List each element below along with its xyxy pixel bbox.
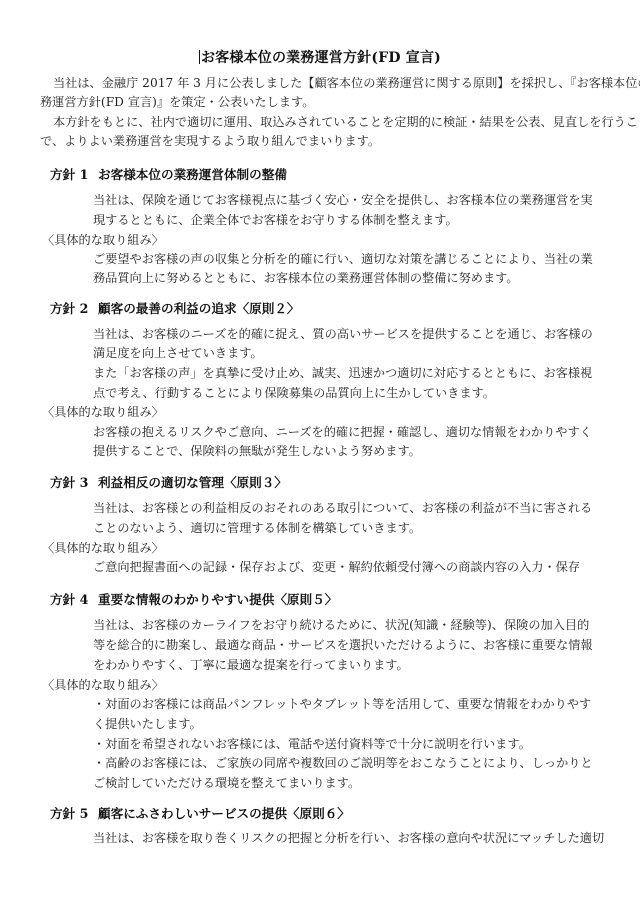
policy-title: 顧客にふさわしいサービスの提供〈原則６〉 [98,806,350,821]
policy-body-line: 当社は、お客様との利益相反のおそれのある取引について、お客様の利益が不当に害され… [93,500,592,516]
policy-2-heading: 方針 2顧客の最善の利益の追求〈原則２〉 [50,298,300,317]
policy-body-line: 等を総合的に勘案し、最適な商品・サービスを選択いただけるように、お客様に重要な情… [93,637,593,653]
text-cursor [199,50,200,64]
policy-title: 利益相反の適切な管理〈原則３〉 [98,475,287,490]
policy-3-heading: 方針 3利益相反の適切な管理〈原則３〉 [50,472,287,491]
policy-body-line: 現するとともに、企業全体でお客様をお守りする体制を整えます。 [93,212,458,228]
policy-number: 方針 5 [50,803,98,822]
policy-body-line: また「お客様の声」を真摯に受け止め、誠実、迅速かつ適切に対応するとともに、お客様… [93,365,592,381]
action-line: く提供いたします。 [93,716,202,732]
policy-body-line: 満足度を向上させていきます。 [93,345,263,361]
action-line: お客様の抱えるリスクやご意向、ニーズを的確に把握・確認し、適切な情報をわかりやす… [93,424,592,440]
policy-number: 方針 3 [50,472,98,491]
policy-title: お客様本位の業務運営体制の整備 [98,167,287,182]
actions-label: 〈具体的な取り組み〉 [42,540,164,556]
policy-4-heading: 方針 4重要な情報のわかりやすい提供〈原則５〉 [50,589,337,608]
action-line: 提供することで、保険料の無駄が発生しないよう努めます。 [93,443,421,459]
document-title: お客様本位の業務運営方針(FD 宣言) [0,47,640,67]
document-title-text: お客様本位の業務運営方針(FD 宣言) [201,50,441,66]
action-line: ご意向把握書面への記録・保存および、変更・解約依頼受付簿への商談内容の入力・保存 [93,559,580,575]
action-line: ・対面のお客様には商品パンフレットやタブレット等を活用して、重要な情報をわかりや… [93,696,591,712]
policy-number: 方針 1 [50,164,98,183]
policy-body-line: 点で考え、行動することにより保険募集の品質向上に生かしていきます。 [93,385,495,401]
policy-body-line: 当社は、お客様のニーズを的確に捉え、質の高いサービスを提供することを通じ、お客様… [93,326,593,342]
action-line: 務品質向上に努めるとともに、お客様本位の業務運営体制の整備に努めます。 [93,270,519,286]
policy-body-line: ことのないよう、適切に管理する体制を構築していきます。 [93,520,421,536]
policy-number: 方針 4 [50,589,98,608]
policy-number: 方針 2 [50,298,98,317]
policy-1-heading: 方針 1お客様本位の業務運営体制の整備 [50,164,287,183]
actions-label: 〈具体的な取り組み〉 [42,232,164,248]
intro-line: 本方針をもとに、社内で適切に運用、取込みされていることを定期的に検証・結果を公表… [53,114,640,130]
policy-body-line: 当社は、お客様のカーライフをお守り続けるために、状況(知識・経験等)、保険の加入… [93,617,589,633]
intro-line: 務運営方針(FD 宣言)』を策定・公表いたします。 [40,94,314,110]
actions-label: 〈具体的な取り組み〉 [42,677,164,693]
actions-label: 〈具体的な取り組み〉 [42,404,164,420]
document-page: お客様本位の業務運営方針(FD 宣言) 当社は、金融庁 2017 年 3 月に公… [0,0,640,903]
policy-body-line: 当社は、保険を通じてお客様視点に基づく安心・安全を提供し、お客様本位の業務運営を… [93,192,593,208]
action-line: ・対面を希望されないお客様には、電話や送付資料等で十分に説明を行います。 [93,736,531,752]
intro-line: 当社は、金融庁 2017 年 3 月に公表しました【顧客本位の業務運営に関する原… [53,75,640,91]
action-line: ・高齢のお客様には、ご家族の同席や複数回のご説明等をおこなうことにより、しっかり… [93,755,593,771]
policy-5-heading: 方針 5顧客にふさわしいサービスの提供〈原則６〉 [50,803,350,822]
action-line: ご検討していただける環境を整えてまいります。 [93,775,360,791]
policy-title: 重要な情報のわかりやすい提供〈原則５〉 [98,592,337,607]
policy-body-line: をわかりやすく、丁寧に最適な提案を行ってまいります。 [93,657,409,673]
intro-line: で、よりよい業務運営を実現するよう取り組んでまいります。 [40,133,380,149]
action-line: ご要望やお客様の声の収集と分析を的確に行い、適切な対策を講じることにより、当社の… [93,251,593,267]
policy-body-line: 当社は、お客様を取り巻くリスクの把握と分析を行い、お客様の意向や状況にマッチした… [93,830,604,846]
policy-title: 顧客の最善の利益の追求〈原則２〉 [98,301,300,316]
